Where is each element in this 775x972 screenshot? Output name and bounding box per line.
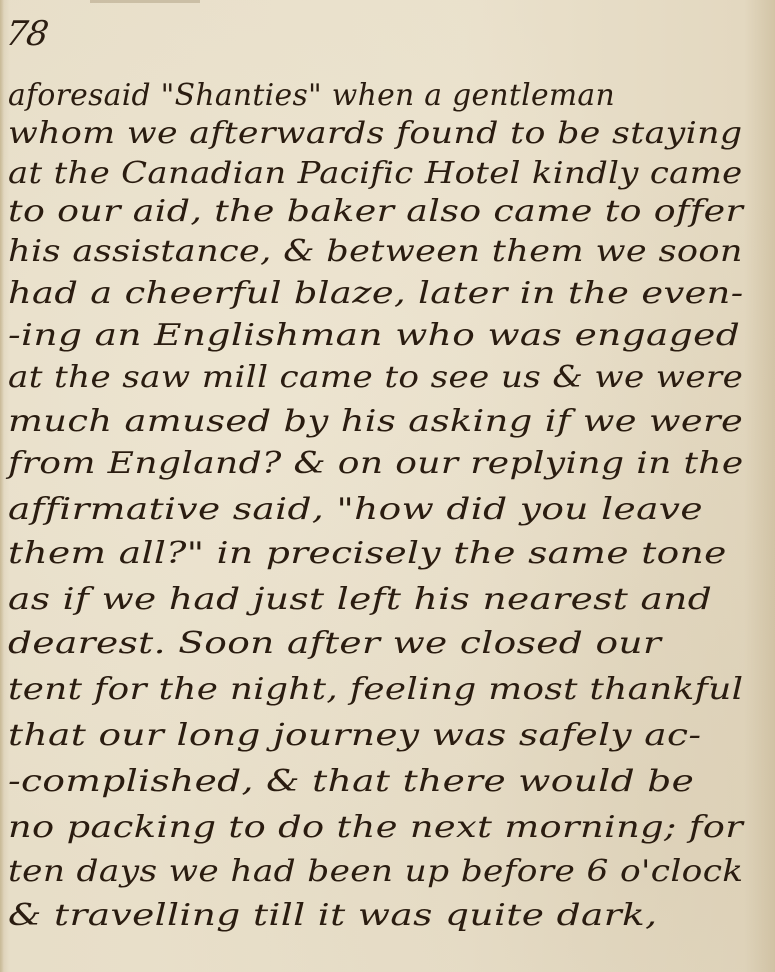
- text-line-7: -ing an Englishman who was engaged: [8, 316, 740, 356]
- text-line-8: at the saw mill came to see us & we were: [8, 358, 743, 398]
- text-line-3: at the Canadian Pacific Hotel kindly cam…: [8, 154, 743, 194]
- manuscript-page: 78 aforesaid "Shanties" when a gentleman…: [0, 0, 775, 972]
- text-line-4: to our aid, the baker also came to offer: [8, 192, 743, 232]
- text-line-12: them all?" in precisely the same tone: [8, 534, 727, 574]
- text-line-10: from England? & on our replying in the: [8, 444, 744, 484]
- text-line-18: no packing to do the next morning; for: [8, 808, 743, 848]
- text-line-19: ten days we had been up before 6 o'clock: [8, 852, 743, 892]
- text-line-11: affirmative said, "how did you leave: [8, 490, 703, 530]
- text-line-20: & travelling till it was quite dark,: [8, 896, 657, 936]
- page-gutter-edge: [0, 0, 4, 972]
- page-top-edge: [90, 0, 200, 3]
- text-line-9: much amused by his asking if we were: [8, 402, 743, 442]
- text-line-16: that our long journey was safely ac-: [8, 716, 701, 756]
- text-line-13: as if we had just left his nearest and: [8, 580, 712, 620]
- text-line-15: tent for the night, feeling most thankfu…: [8, 670, 743, 710]
- text-line-17: -complished, & that there would be: [8, 762, 694, 802]
- text-line-6: had a cheerful blaze, later in the even-: [8, 274, 744, 314]
- text-line-1: aforesaid "Shanties" when a gentleman: [8, 76, 743, 116]
- page-number: 78: [3, 14, 50, 54]
- text-line-5: his assistance, & between them we soon: [8, 232, 743, 272]
- text-line-2: whom we afterwards found to be staying: [8, 114, 742, 154]
- text-line-14: dearest. Soon after we closed our: [8, 624, 661, 664]
